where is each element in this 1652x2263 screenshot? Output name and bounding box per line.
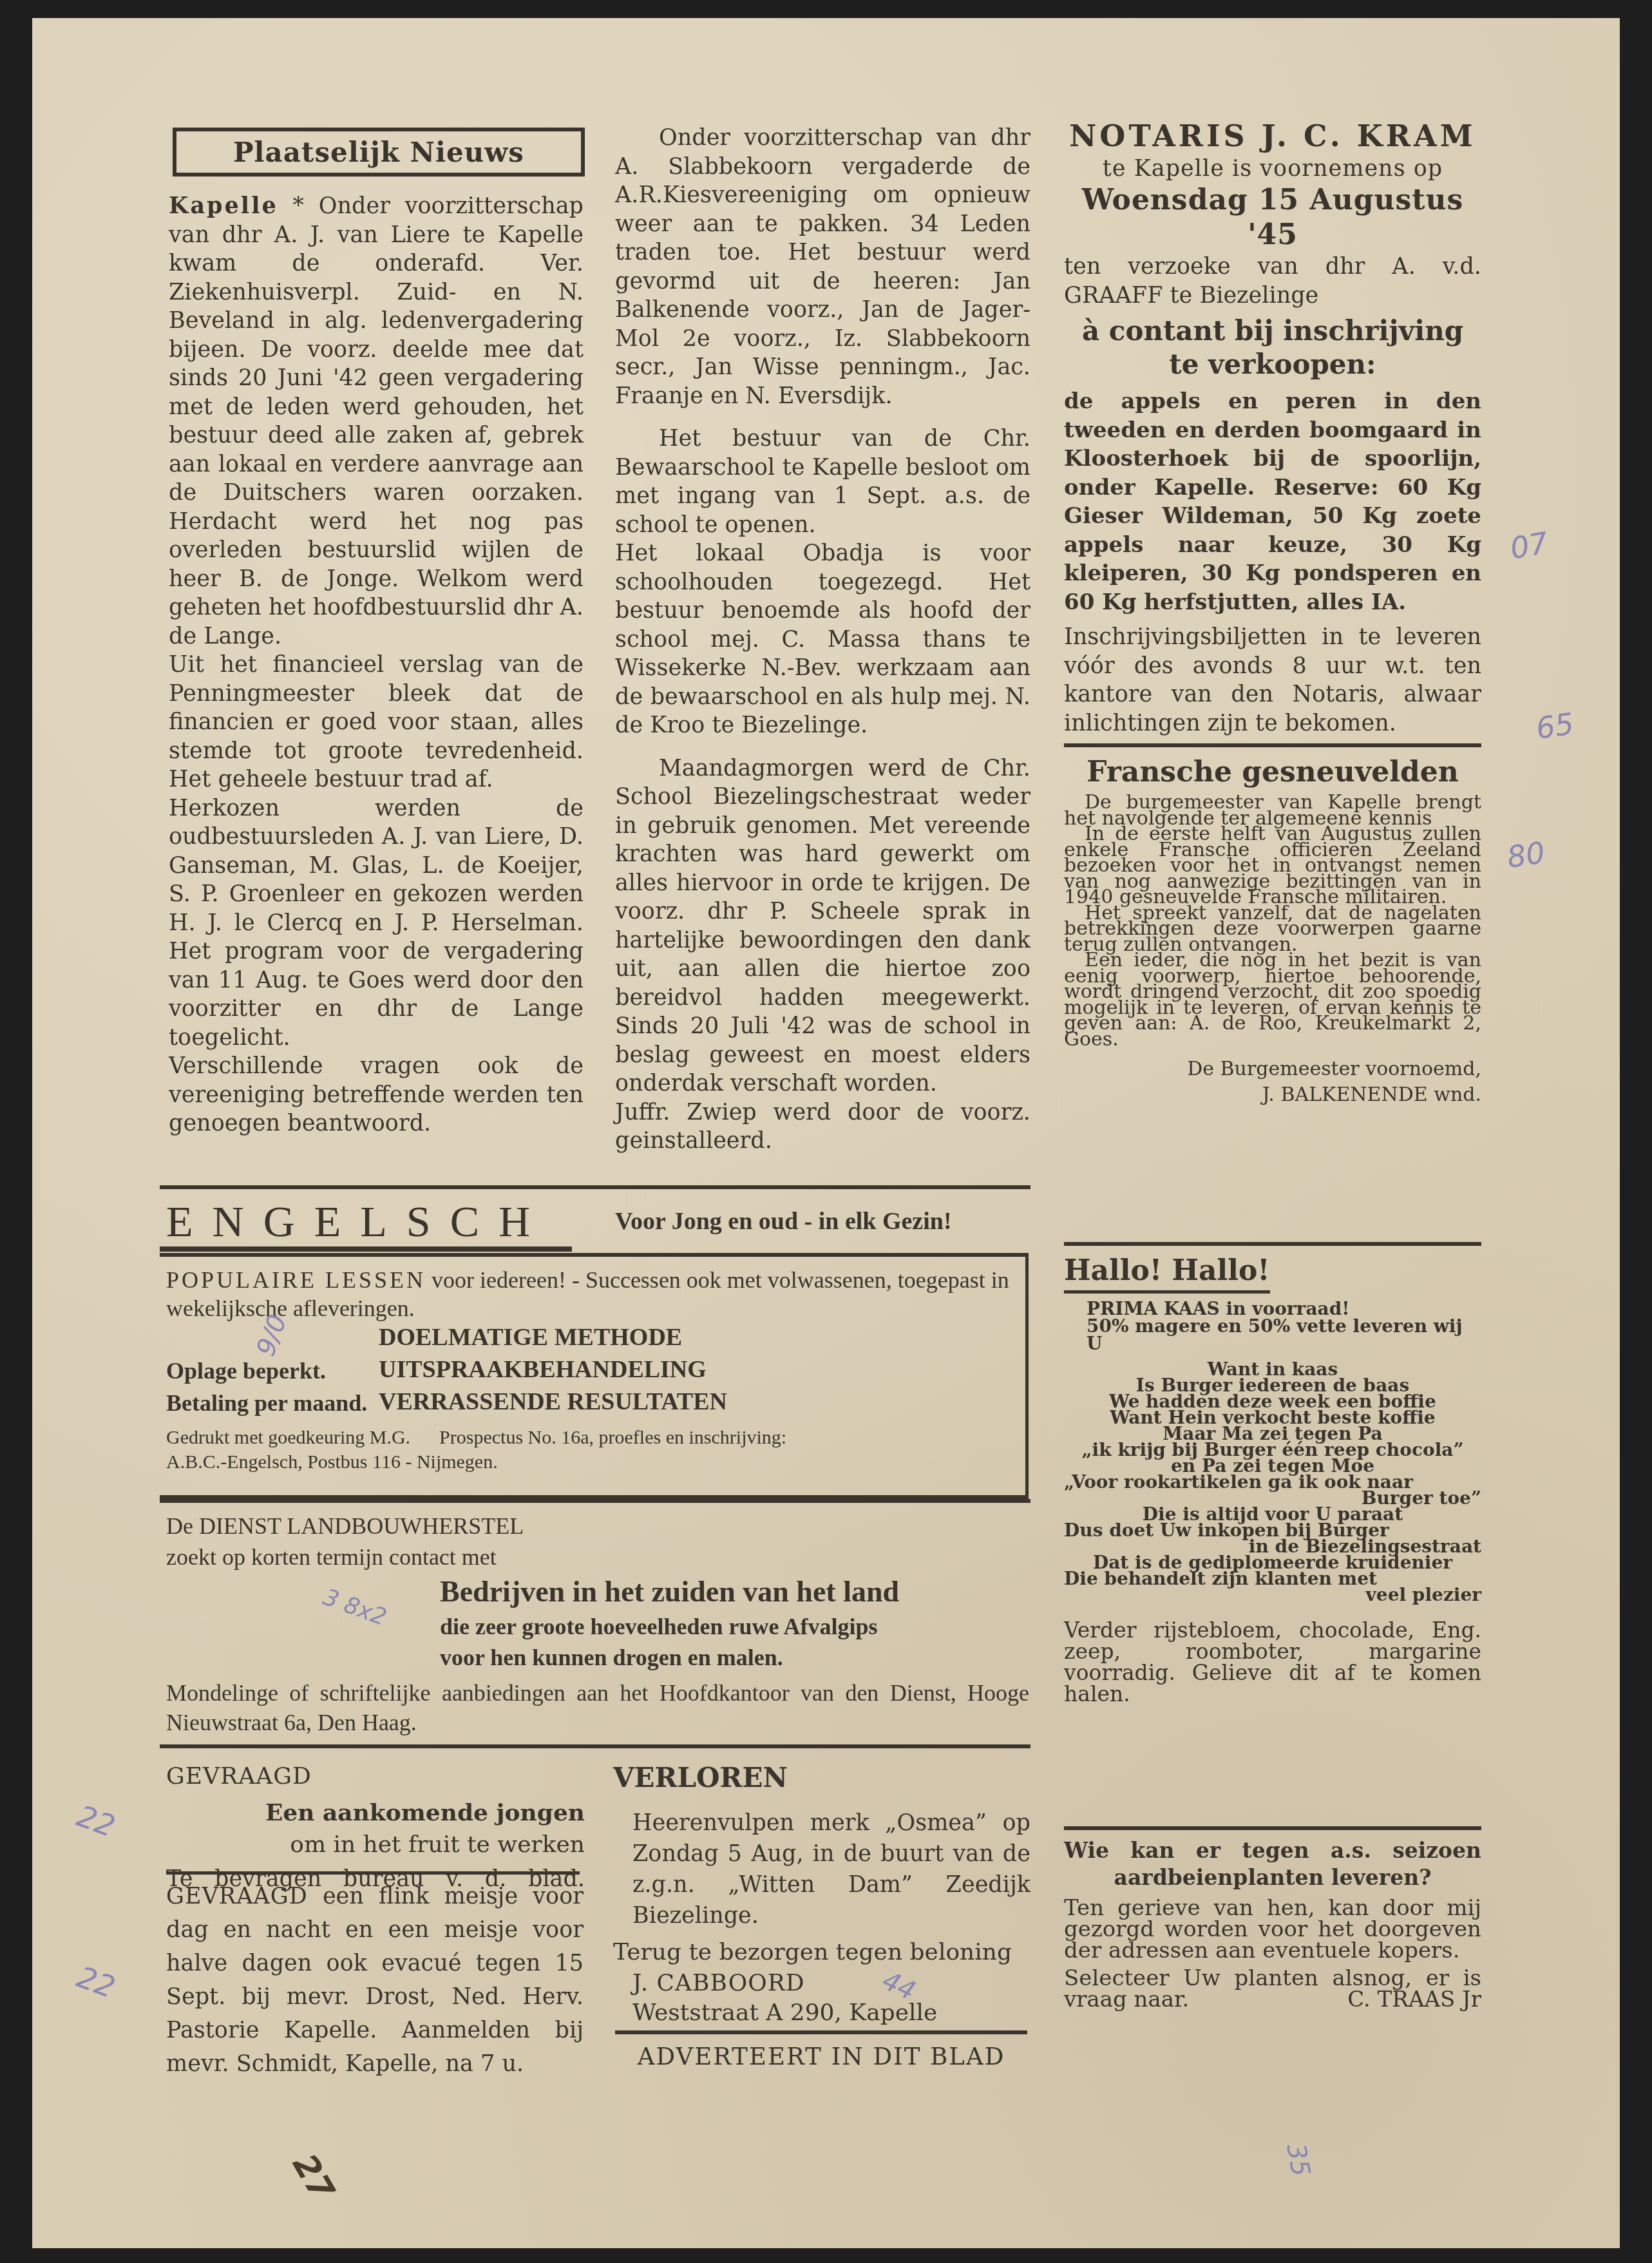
divider (160, 1185, 1030, 1189)
divider (160, 1499, 1030, 1503)
article-paragraph: Verschillende vragen ook de vereeniging … (169, 1052, 584, 1138)
hallo-intro-2: 50% magere en 50% vette leveren wij U (1087, 1317, 1481, 1352)
divider (1064, 743, 1481, 747)
aardbeien-body-2: Selecteer Uw planten alsnog, er is vraag… (1064, 1968, 1481, 2010)
notaris-heading: NOTARIS J. C. KRAM (1064, 117, 1481, 155)
hallo-title: Hallo! Hallo! (1064, 1253, 1270, 1294)
pencil-annotation: 07 (1508, 525, 1551, 566)
pencil-annotation: 65 (1534, 706, 1576, 746)
pencil-annotation: 80 (1505, 835, 1547, 875)
notaris-body: de appels en peren in den tweeden en der… (1064, 387, 1481, 616)
verloren-name: J. CABBOORD (632, 1969, 1030, 1998)
notaris-line1: te Kapelle is voornemens op (1064, 155, 1481, 183)
engelsch-note: Oplage beperkt. (166, 1355, 367, 1387)
gevraagd-advert-2: GEVRAAGD een flink meisje voor dag en na… (166, 1880, 584, 2081)
article-zwiep: Juffr. Zwiep werd door de voorz. geinsta… (615, 1098, 1030, 1156)
hallo-intro-1: PRIMA KAAS in voorraad! (1087, 1300, 1481, 1317)
dateline: Kapelle (169, 193, 278, 219)
article-kiesvereeniging: Onder voorzitterschap van dhr A. Slabbek… (615, 124, 1030, 410)
divider (615, 2030, 1027, 2034)
advert-slogan: ADVERTEERT IN DIT BLAD (615, 2041, 1027, 2073)
engelsch-feature: VERRASSENDE RESULTATEN (379, 1386, 727, 1418)
gevraagd-heading: GEVRAAGD (166, 1762, 585, 1791)
divider (160, 1744, 1030, 1748)
article-obadja: Het lokaal Obadja is voor schoolhouden t… (615, 539, 1030, 740)
engelsch-footer-left: Gedrukt met goedkeuring M.G. (166, 1427, 410, 1448)
fransche-paragraph: Een ieder, die nog in het bezit is van e… (1064, 953, 1481, 1047)
section-title: Plaatselijk Nieuws (233, 137, 524, 168)
notaris-request: ten verzoeke van dhr A. v.d. GRAAFF te B… (1064, 253, 1481, 310)
verloren-heading: VERLOREN (613, 1760, 1030, 1796)
landbouw-sub-1: die zeer groote hoeveelheden ruwe Afvalg… (440, 1611, 1029, 1642)
engelsch-box: POPULAIRE LESSEN voor iedereen! - Succes… (160, 1253, 1029, 1499)
hallo-footer: Verder rijstebloem, chocolade, Eng. zeep… (1064, 1619, 1481, 1704)
divider (160, 1246, 572, 1252)
fransche-paragraph: In de eerste helft van Augustus zullen e… (1064, 826, 1481, 906)
landbouw-headline: Bedrijven in het zuiden van het land (440, 1572, 1029, 1611)
aardbeien-heading-1: Wie kan er tegen a.s. seizoen (1064, 1837, 1481, 1864)
gevraagd-line-1: Een aankomende jongen (166, 1797, 585, 1829)
aardbeien-heading-2: aardbeienplanten leveren? (1064, 1864, 1481, 1891)
engelsch-tagline: Voor Jong en oud - in elk Gezin! (615, 1206, 952, 1237)
aardbeien-body: Ten gerieve van hen, kan door mij gezorg… (1064, 1898, 1481, 1962)
article-bewaarschool: Het bestuur van de Chr. Bewaarschool te … (615, 425, 1030, 539)
aardbeien-advert: Wie kan er tegen a.s. seizoen aardbeienp… (1064, 1837, 1481, 2010)
verloren-body: Heerenvulpen merk „Osmea” op Zondag 5 Au… (632, 1808, 1030, 1931)
hallo-verses: Want in kaas Is Burger iedereen de baas … (1064, 1361, 1481, 1603)
fransche-title: Fransche gesneuvelden (1064, 754, 1481, 791)
notaris-subheading-1: à contant bij inschrijving (1064, 314, 1481, 349)
dateline-separator: * (293, 193, 305, 219)
engelsch-feature: UITSPRAAKBEHANDELING (379, 1353, 727, 1386)
notaris-subheading-2: te verkoopen: (1064, 349, 1481, 381)
engelsch-title: ENGELSCH (166, 1197, 549, 1246)
section-title-box: Plaatselijk Nieuws (173, 128, 585, 177)
landbouw-advert: De DIENST LANDBOUWHERSTEL zoekt op korte… (166, 1511, 1029, 1737)
fransche-paragraph: De burgemeester van Kapelle brengt het n… (1064, 795, 1481, 826)
fransche-signature-2: J. BALKENENDE wnd. (1064, 1082, 1481, 1108)
verloren-address: Weststraat A 290, Kapelle (632, 1998, 1030, 2028)
engelsch-footer-right: Prospectus No. 16a, proefles en inschrij… (439, 1427, 786, 1448)
article-paragraph: Uit het financieel verslag van de Pennin… (169, 651, 584, 794)
fransche-paragraph: Het spreekt vanzelf, dat de nagelaten be… (1064, 906, 1481, 953)
column-1-article: Kapelle * Onder voorzitterschap van dhr … (169, 192, 584, 1138)
hallo-advert: Hallo! Hallo! PRIMA KAAS in voorraad! 50… (1064, 1253, 1481, 1704)
notaris-advert: NOTARIS J. C. KRAM te Kapelle is voornem… (1064, 117, 1481, 738)
aardbeien-signature: C. TRAAS Jr (1347, 1989, 1481, 2010)
gevraagd-heading: GEVRAAGD (166, 1884, 308, 1909)
notaris-date: Woensdag 15 Augustus '45 (1064, 183, 1481, 253)
landbouw-line-1: De DIENST LANDBOUWHERSTEL (166, 1511, 1029, 1542)
gevraagd-body: een flink meisje voor dag en nacht en ee… (166, 1884, 584, 2077)
article-paragraph: Herkozen werden de oudbestuursleden A. J… (169, 794, 584, 1053)
engelsch-feature: DOELMATIGE METHODE (379, 1321, 727, 1353)
divider (1064, 1242, 1481, 1246)
divider (166, 1871, 580, 1875)
fransche-notice: Fransche gesneuvelden De burgemeester va… (1064, 754, 1481, 1108)
notaris-footer: Inschrijvingsbiljetten in te leveren vóó… (1064, 623, 1481, 738)
landbouw-sub-2: voor hen kunnen drogen en malen. (440, 1642, 1029, 1673)
engelsch-note: Betaling per maand. (166, 1387, 367, 1419)
column-2-articles: Onder voorzitterschap van dhr A. Slabbek… (615, 124, 1030, 1156)
divider (1064, 1826, 1481, 1830)
pencil-annotation: 35 (1280, 2141, 1315, 2179)
verloren-advert: VERLOREN Heerenvulpen merk „Osmea” op Zo… (613, 1760, 1030, 2028)
article-school-biezelinge: Maandagmorgen werd de Chr. School Biezel… (615, 754, 1030, 1098)
landbouw-footer: Mondelinge of schriftelijke aanbiedingen… (166, 1678, 1029, 1737)
landbouw-line-2: zoekt op korten termijn contact met (166, 1542, 1029, 1572)
verloren-return-line: Terug te bezorgen tegen beloning (613, 1936, 1030, 1969)
fransche-signature-1: De Burgemeester voornoemd, (1064, 1056, 1481, 1082)
article-paragraph: Kapelle * Onder voorzitterschap van dhr … (169, 192, 584, 651)
gevraagd-line-2: om in het fruit te werken (166, 1829, 585, 1861)
engelsch-footer-address: A.B.C.-Engelsch, Postbus 116 - Nijmegen. (166, 1450, 1016, 1475)
engelsch-lead-caps: POPULAIRE LESSEN (166, 1267, 426, 1293)
